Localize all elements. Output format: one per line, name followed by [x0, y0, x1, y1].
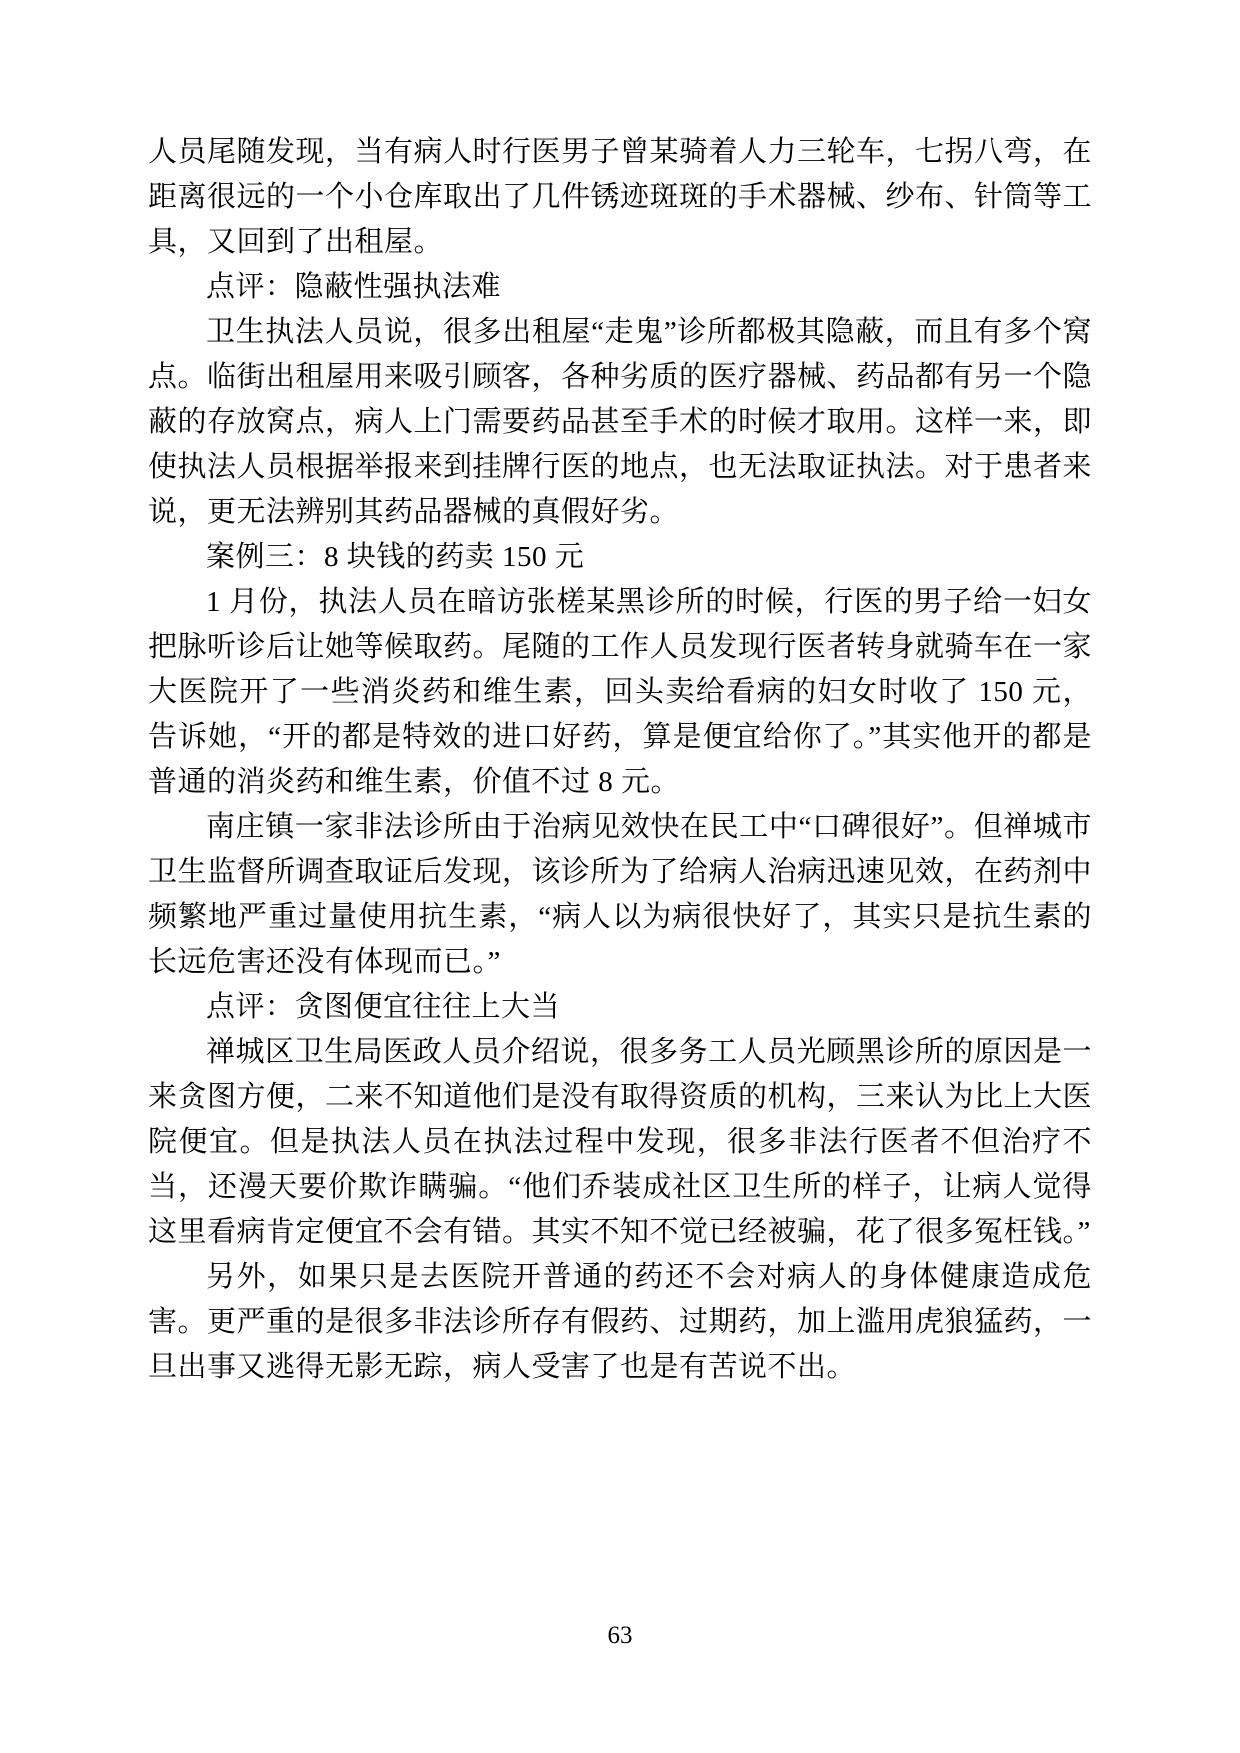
document-page: 人员尾随发现，当有病人时行医男子曾某骑着人力三轮车，七拐八弯，在距离很远的一个小…: [0, 0, 1240, 1753]
paragraph: 卫生执法人员说，很多出租屋“走鬼”诊所都极其隐蔽，而且有多个窝点。临街出租屋用来…: [148, 310, 1092, 535]
paragraph: 南庄镇一家非法诊所由于治病见效快在民工中“口碑很好”。但禅城市卫生监督所调查取证…: [148, 805, 1092, 985]
paragraph-comment-heading: 点评：隐蔽性强执法难: [148, 265, 1092, 310]
paragraph: 1 月份，执法人员在暗访张槎某黑诊所的时候，行医的男子给一妇女把脉听诊后让她等候…: [148, 580, 1092, 805]
paragraph-comment-heading: 点评：贪图便宜往往上大当: [148, 985, 1092, 1030]
paragraph: 禅城区卫生局医政人员介绍说，很多务工人员光顾黑诊所的原因是一来贪图方便，二来不知…: [148, 1030, 1092, 1255]
document-body: 人员尾随发现，当有病人时行医男子曾某骑着人力三轮车，七拐八弯，在距离很远的一个小…: [148, 130, 1092, 1390]
paragraph-case-heading: 案例三：8 块钱的药卖 150 元: [148, 535, 1092, 580]
paragraph-continuation: 人员尾随发现，当有病人时行医男子曾某骑着人力三轮车，七拐八弯，在距离很远的一个小…: [148, 130, 1092, 265]
page-footer: 63: [0, 1622, 1240, 1650]
paragraph: 另外，如果只是去医院开普通的药还不会对病人的身体健康造成危害。更严重的是很多非法…: [148, 1255, 1092, 1390]
page-number: 63: [608, 1622, 633, 1649]
